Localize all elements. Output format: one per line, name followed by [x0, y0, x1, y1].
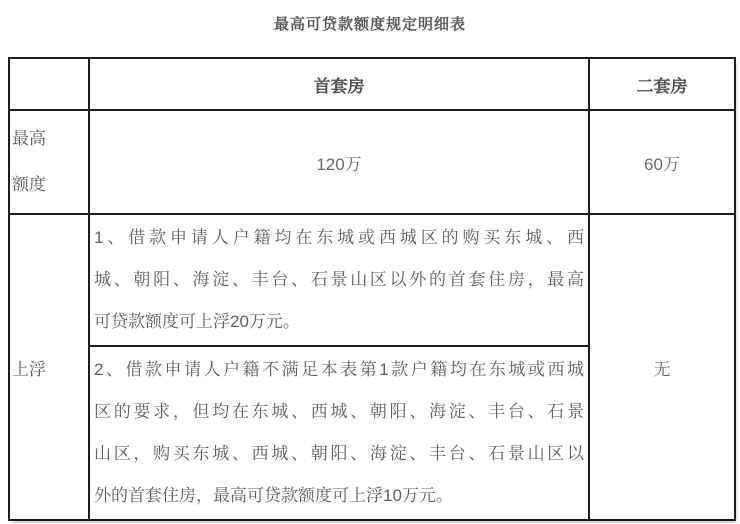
header-row: 首套房 二套房: [9, 58, 735, 110]
clause-1-line: 1、借款申请人户籍均在东城或西城区的购买东城、西: [94, 217, 584, 259]
clause-2-line: 区的要求，但均在东城、西城、朝阳、海淀、丰台、石景: [94, 391, 584, 433]
clause-2-line: 2、借款申请人户籍不满足本表第1款户籍均在东城或西城: [94, 349, 584, 391]
clause-2-line: 外的首套住房，最高可贷款额度可上浮10万元。: [94, 475, 584, 517]
clause-2-line: 山区，购买东城、西城、朝阳、海淀、丰台、石景山区以: [94, 433, 584, 475]
row-header-float-up: 上浮: [9, 214, 89, 520]
clause-1-line: 城、朝阳、海淀、丰台、石景山区以外的首套住房，最高: [94, 259, 584, 301]
float-up-second-home-value: 无: [589, 214, 735, 520]
page-title: 最高可贷款额度规定明细表: [0, 13, 740, 34]
max-amount-second-home-value: 60万: [589, 110, 735, 214]
max-amount-first-home-value: 120万: [89, 110, 589, 214]
max-amount-row: 最高 额度 120万 60万: [9, 110, 735, 214]
row-header-max-amount-line: 额度: [12, 162, 88, 208]
float-up-row-clause-1: 上浮 1、借款申请人户籍均在东城或西城区的购买东城、西 城、朝阳、海淀、丰台、石…: [9, 214, 735, 346]
clause-1-line: 可贷款额度可上浮20万元。: [94, 301, 584, 343]
row-header-max-amount-line: 最高: [12, 116, 88, 162]
float-up-clause-2: 2、借款申请人户籍不满足本表第1款户籍均在东城或西城 区的要求，但均在东城、西城…: [89, 346, 589, 520]
col-header-second-home: 二套房: [589, 58, 735, 110]
corner-cell: [9, 58, 89, 110]
loan-table: 首套房 二套房 最高 额度 120万 60万 上浮 1、借款申请人户籍均在东城或…: [8, 57, 736, 521]
float-up-clause-1: 1、借款申请人户籍均在东城或西城区的购买东城、西 城、朝阳、海淀、丰台、石景山区…: [89, 214, 589, 346]
row-header-max-amount: 最高 额度: [9, 110, 89, 214]
col-header-first-home: 首套房: [89, 58, 589, 110]
